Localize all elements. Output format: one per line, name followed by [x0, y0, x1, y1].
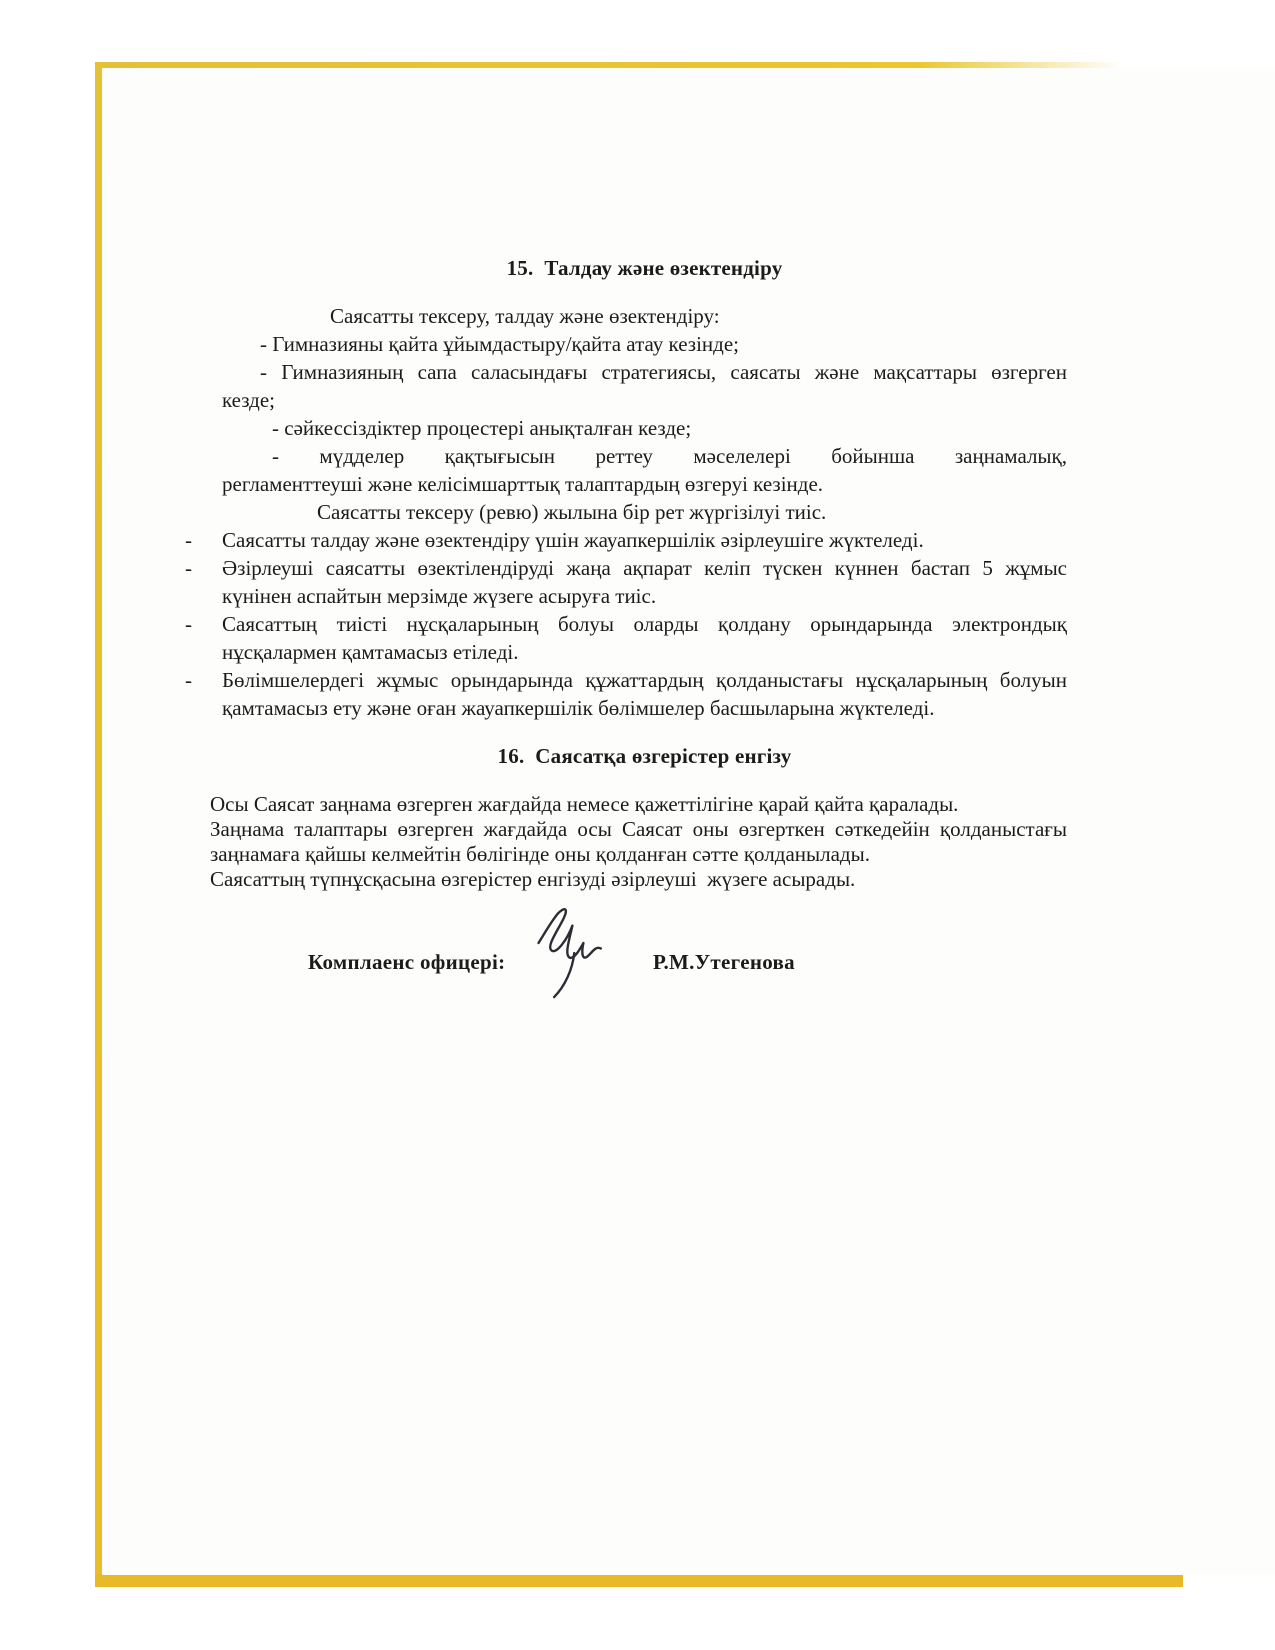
review-note: Саясатты тексеру (ревю) жылына бір рет ж…: [222, 498, 1067, 526]
list-item: - Саясаттың тиісті нұсқаларының болуы ол…: [222, 610, 1067, 666]
list-item-line: Бөлімшелердегі жұмыс орындарында құжатта…: [222, 666, 1067, 694]
signatory-role-label: Комплаенс офицері:: [308, 948, 505, 976]
paragraph-line: Осы Саясат заңнама өзгерген жағдайда нем…: [210, 792, 1067, 817]
list-item-line: Әзірлеуші саясатты өзектілендіруді жаңа …: [222, 554, 1067, 582]
backing-sheet-bottom-edge: [95, 1574, 1183, 1587]
dash-item-line: - Гимназияның сапа саласындағы стратегия…: [222, 358, 1067, 386]
paragraph-line: Саясаттың түпнұсқасына өзгерістер енгізу…: [210, 867, 1067, 892]
signature-block: Комплаенс офицері: Р.М.Утегенова: [222, 936, 1067, 1006]
section-15-intro: Саясатты тексеру, талдау және өзектендір…: [222, 302, 1067, 330]
bullet-dash: -: [185, 610, 192, 638]
dash-item-line: - Гимназияны қайта ұйымдастыру/қайта ата…: [222, 330, 1067, 358]
bullet-dash: -: [185, 554, 192, 582]
list-item-line: қамтамасыз ету және оған жауапкершілік б…: [222, 694, 1067, 722]
list-item-line: Саясатты талдау және өзектендіру үшін жа…: [222, 526, 1067, 554]
signatory-name: Р.М.Утегенова: [653, 948, 795, 976]
list-item-line: күнінен аспайтын мерзімде жүзеге асыруға…: [222, 582, 1067, 610]
list-item-line: нұсқалармен қамтамасыз етіледі.: [222, 638, 1067, 666]
document-content: 15. Талдау және өзектендіру Саясатты тек…: [222, 254, 1067, 1006]
paragraph-line: Заңнама талаптары өзгерген жағдайда осы …: [210, 817, 1067, 842]
list-item: - Саясатты талдау және өзектендіру үшін …: [222, 526, 1067, 554]
handwritten-signature-icon: [522, 898, 632, 1010]
scanned-document: { "page": { "background_color": "#ffffff…: [0, 0, 1275, 1650]
section-15-heading: 15. Талдау және өзектендіру: [222, 254, 1067, 282]
section-16-heading: 16. Саясатқа өзгерістер енгізу: [222, 742, 1067, 770]
bullet-dash: -: [185, 666, 192, 694]
list-item-line: Саясаттың тиісті нұсқаларының болуы олар…: [222, 610, 1067, 638]
dash-item-line: кезде;: [222, 386, 1067, 414]
bullet-dash: -: [185, 526, 192, 554]
list-item: - Әзірлеуші саясатты өзектілендіруді жаң…: [222, 554, 1067, 610]
paragraph-line: заңнамаға қайшы келмейтін бөлігінде оны …: [210, 842, 1067, 867]
dash-item-line: регламенттеуші және келісімшарттық талап…: [222, 470, 1067, 498]
section-16-paragraph: Осы Саясат заңнама өзгерген жағдайда нем…: [210, 792, 1067, 892]
dash-item-line: - мүдделер қақтығысын реттеу мәселелері …: [222, 442, 1067, 470]
dash-item-line: - сәйкессіздіктер процестері анықталған …: [222, 414, 1067, 442]
list-item: - Бөлімшелердегі жұмыс орындарында құжат…: [222, 666, 1067, 722]
